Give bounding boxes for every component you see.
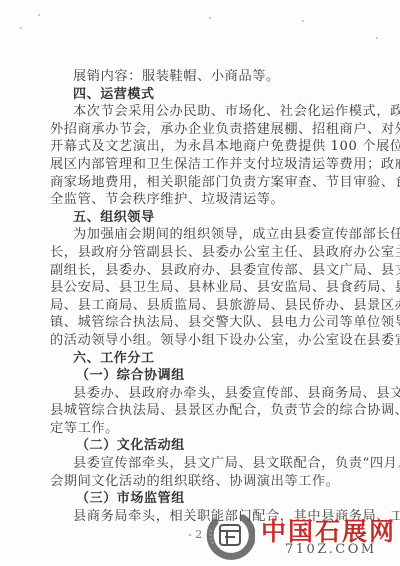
page-number: - 2 xyxy=(188,528,202,541)
text-line: 会期间文化活动的组织联络、协调演出等工作。 xyxy=(50,473,346,491)
scan-speck xyxy=(376,37,378,39)
text-line: 开幕式及文艺演出，为永昌本地商户免费提供 100 个展位，负责 xyxy=(50,138,346,156)
text-line: 外招商承办节会，承办企业负责搭建展棚、招租商户、对外宣传、 xyxy=(50,121,346,139)
subsection-heading: （三）市场监管组 xyxy=(50,490,346,508)
scan-speck xyxy=(209,17,211,19)
text-line: 县城管综合执法局、县景区办配合，负责节会的综合协调、方案审 xyxy=(50,402,346,420)
text-line: 长，县政府分管副县长、县委办公室主任、县政府办公室主任任 xyxy=(50,244,346,262)
scan-speck xyxy=(302,20,304,22)
text-line: 镇、城管综合执法局、县交警大队、县电力公司等单位领导为成员 xyxy=(50,314,346,332)
text-line: 商家场地费用，相关职能部门负责方案审查、节目审验、食品安 xyxy=(50,174,346,192)
subsection-heading: （二）文化活动组 xyxy=(50,437,346,455)
text-line: 定等工作。 xyxy=(50,420,346,438)
text-line: 展销内容：服装鞋帽、小商品等。 xyxy=(50,68,346,86)
text-line: 为加强庙会期间的组织领导，成立由县委宣传部部长任组 xyxy=(50,226,346,244)
text-line: 本次节会采用公办民助、市场化、社会化运作模式，政府对 xyxy=(50,103,346,121)
text-line: 县公安局、县卫生局、县林业局、县安监局、县食药局、县商务 xyxy=(50,279,346,297)
watermark: 中国石展网 710Z.COM xyxy=(205,508,400,564)
watermark-logo-icon xyxy=(205,510,255,560)
text-line: 县委办、县政府办牵头，县委宣传部、县商务局、县文广局、 xyxy=(50,385,346,403)
text-line: 县委宣传部牵头，县文广局、县文联配合，负责“四月八”庙 xyxy=(50,455,346,473)
document-page: 展销内容：服装鞋帽、小商品等。四、运营模式本次节会采用公办民助、市场化、社会化运… xyxy=(0,0,400,566)
document-body: 展销内容：服装鞋帽、小商品等。四、运营模式本次节会采用公办民助、市场化、社会化运… xyxy=(50,68,346,525)
watermark-url: 710Z.COM xyxy=(285,542,377,557)
scan-speck xyxy=(20,27,22,29)
text-line: 的活动领导小组。领导小组下设办公室，办公室设在县委宣传部。 xyxy=(50,332,346,350)
section-heading: 五、组织领导 xyxy=(50,209,346,227)
scan-speck xyxy=(38,14,40,16)
section-heading: 六、工作分工 xyxy=(50,350,346,368)
text-line: 副组长，县委办、县政府办、县委宣传部、县文广局、县文联、 xyxy=(50,262,346,280)
section-heading: 四、运营模式 xyxy=(50,86,346,104)
subsection-heading: （一）综合协调组 xyxy=(50,367,346,385)
text-line: 全监管、节会秩序维护、垃圾清运等。 xyxy=(50,191,346,209)
text-line: 展区内部管理和卫生保洁工作并支付垃圾清运等费用；政府免收 xyxy=(50,156,346,174)
text-line: 局、县工商局、县质监局、县旅游局、县民侨办、县景区办、城关 xyxy=(50,297,346,315)
